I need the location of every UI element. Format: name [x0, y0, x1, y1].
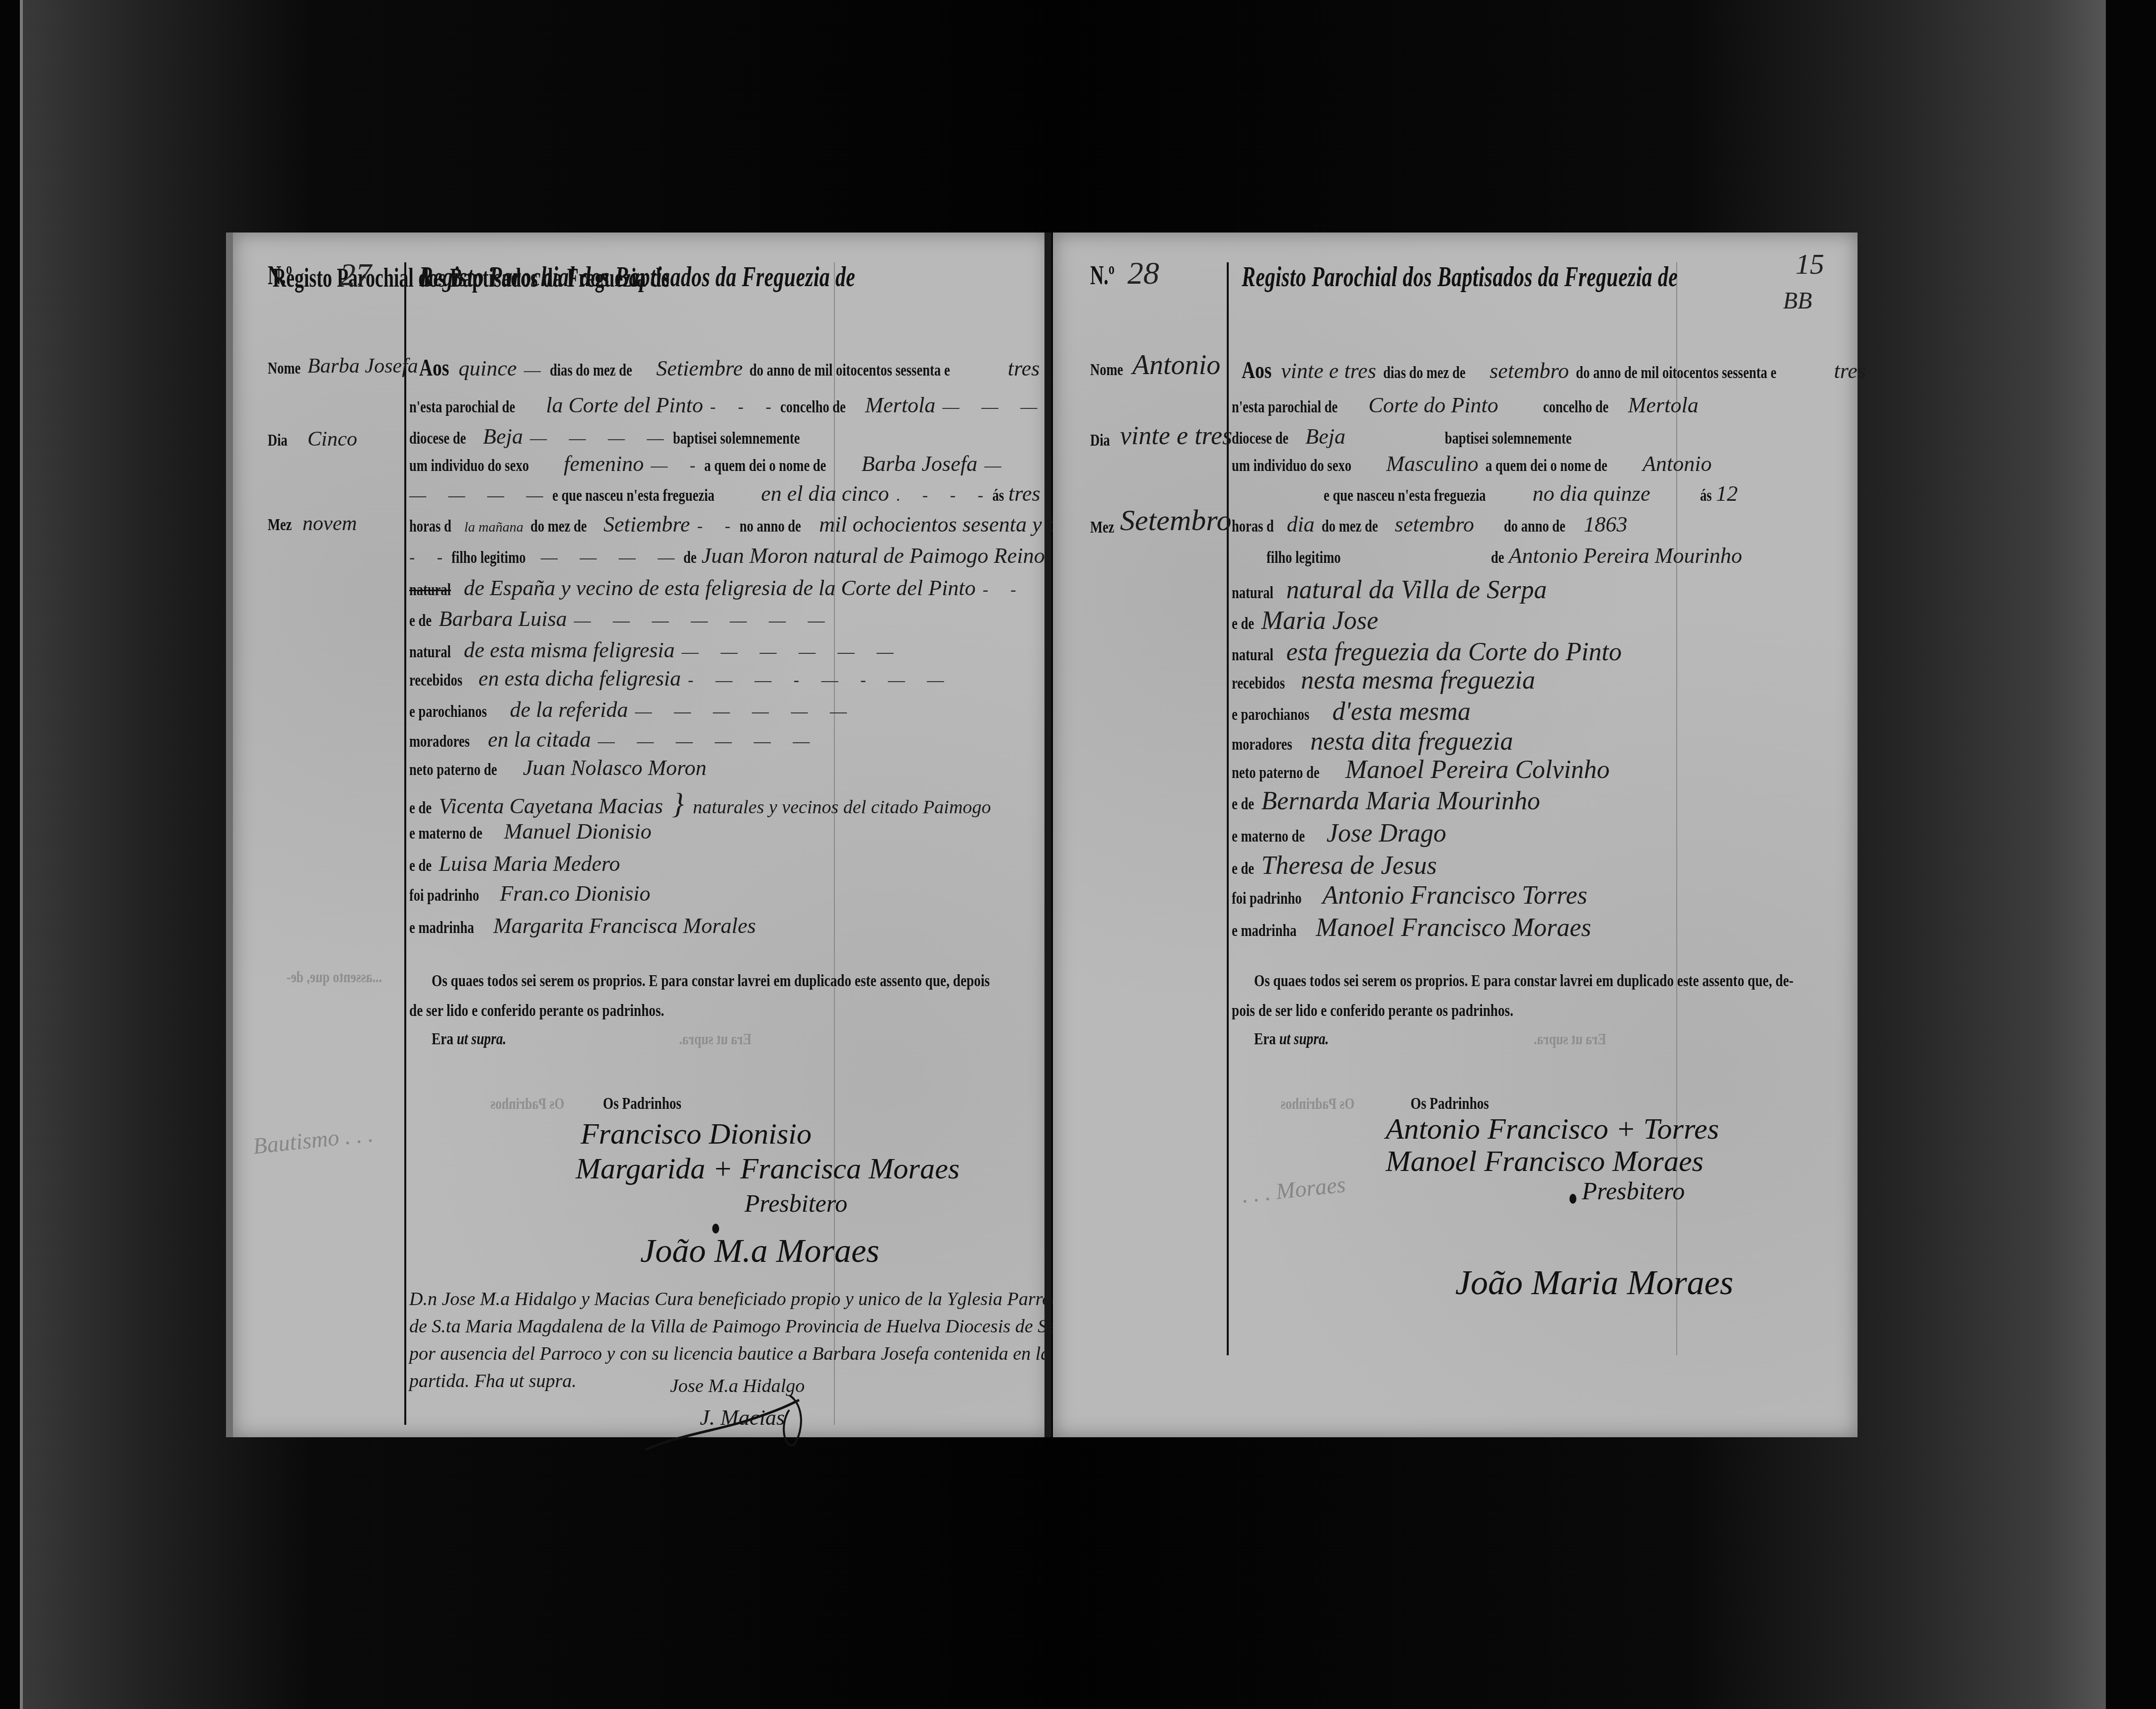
line-recebidos: recebidosnesta mesma freguezia [1232, 666, 1542, 695]
line-mae-natural: naturalesta freguezia da Corte do Pinto [1232, 637, 1629, 667]
line-avo-paterna: e deBernarda Maria Mourinho [1232, 786, 1547, 816]
line-mae: e deBarbara Luisa— — — — — — — [409, 606, 834, 631]
margin-rule [404, 262, 406, 1425]
mirrored-padrinhos: Os Padrinhos [1281, 1094, 1355, 1113]
register-spread: Registo Parochial dos Baptisados da Freg… [226, 229, 1865, 1441]
closing-line-1: Os quaes todos sei serem os proprios. E … [1254, 972, 1793, 991]
annotation-line-4: partida. Fha ut supra. [409, 1370, 577, 1392]
register-title: Registo Parochial dos Baptisados da Freg… [419, 260, 855, 293]
dia-label: Dia [268, 431, 288, 450]
annotation-line-1: D.n Jose M.a Hidalgo y Macias Cura benef… [409, 1288, 1090, 1310]
entry-number: 27 [340, 256, 372, 293]
bleedthrough-signature: Bautismo . . . [252, 1120, 374, 1159]
annotation-line-3: por ausencia del Parroco y con su licenc… [409, 1343, 1116, 1365]
line-parochianos: e parochianosde la referida— — — — — — [409, 697, 856, 722]
signature-madrinha: Manoel Francisco Moraes [1386, 1144, 1704, 1178]
os-padrinhos-heading: Os Padrinhos [603, 1094, 681, 1113]
line-padrinho: foi padrinhoFran.co Dionisio [409, 881, 658, 906]
mez-value: novem [302, 512, 357, 536]
line-avo-materno: e materno deJose Drago [1232, 819, 1453, 848]
presbitero-label: Presbitero [1582, 1176, 1685, 1205]
line-parochianos: e parochianosd'esta mesma [1232, 697, 1478, 726]
folio-mark: BB [1783, 287, 1812, 314]
signature-padrinho: Francisco Dionisio [581, 1117, 812, 1151]
era-ut-supra: Era ut supra. [432, 1030, 506, 1049]
closing-line-2: pois de ser lido e conferido perante os … [1232, 1002, 1513, 1020]
closing-line-1: Os quaes todos sei serem os proprios. E … [432, 972, 990, 991]
presbitero-label: Presbitero [744, 1189, 847, 1218]
line-pai-natural: naturalnatural da Villa de Serpa [1232, 575, 1554, 605]
signature-padrinho: Antonio Francisco + Torres [1386, 1112, 1719, 1146]
register-title: Registo Parochial dos Baptisados da Freg… [1242, 260, 1678, 293]
dia-value: vinte e tres [1120, 421, 1232, 451]
closing-line-2: de ser lido e conferido perante os padri… [409, 1002, 664, 1020]
line-nasceu: e que nasceu n'esta fregueziano dia quin… [1324, 481, 1745, 506]
nome-value: Antonio [1132, 349, 1220, 381]
nome-label: Nome [268, 359, 300, 378]
line-horas: horas ddia do mez desetembro do anno de1… [1232, 512, 1635, 537]
o-marker [1569, 1194, 1576, 1204]
mirrored-padrinhos: Os Padrinhos [491, 1094, 565, 1113]
era-ut-supra: Era ut supra. [1254, 1030, 1329, 1049]
film-edge-right [2102, 0, 2105, 1709]
line-parochial: n'esta parochial dela Corte del Pinto- -… [409, 392, 1046, 418]
signature-madrinha: Margarida + Francisca Moraes [576, 1152, 960, 1186]
bleedthrough-signature: . . . Moraes [1241, 1171, 1347, 1208]
line-sexo: um individuo do sexofemenino— - a quem d… [409, 451, 1010, 476]
entry-number-prefix: N.º [268, 260, 296, 291]
right-page: N.º 28 Registo Parochial dos Baptisados … [1053, 233, 1858, 1437]
entry-number-prefix: N.º [1090, 260, 1115, 291]
line-nasceu: — — — — e que nasceu n'esta fregueziaen … [409, 481, 1047, 506]
line-moradores: moradoresnesta dita freguezia [1232, 727, 1520, 756]
line-parochial: n'esta parochial deCorte do Pinto concel… [1232, 392, 1706, 418]
line-padrinho: foi padrinhoAntonio Francisco Torres [1232, 881, 1594, 910]
line-avo-materna: e deTheresa de Jesus [1232, 851, 1444, 880]
line-filho: - - filho legitimo— — — — deJuan Moron n… [409, 543, 1052, 568]
nome-label: Nome [1090, 361, 1123, 380]
os-padrinhos-heading: Os Padrinhos [1411, 1094, 1489, 1113]
line-madrinha: e madrinhaManoel Francisco Moraes [1232, 913, 1598, 942]
line-horas: horas dla mañana do mez deSetiembre- - n… [409, 512, 1086, 537]
line-aos: Aosquince— dias do mez deSetiembre do an… [419, 354, 1046, 382]
line-avo-materna: e deLuisa Maria Medero [409, 851, 627, 876]
left-page: Registo Parochial dos Baptisados da Freg… [226, 233, 1050, 1437]
rubric-flourish-icon [640, 1395, 819, 1455]
line-madrinha: e madrinhaMargarita Francisca Morales [409, 913, 763, 938]
annotation-line-2: de S.ta Maria Magdalena de la Villa de P… [409, 1316, 1089, 1337]
line-aos: Aosvinte e tres dias do mez desetembro d… [1242, 357, 1873, 384]
mirrored-era: Era ut supra. [1534, 1030, 1606, 1048]
dia-value: Cinco [307, 427, 357, 451]
film-edge-left [20, 0, 23, 1709]
line-moradores: moradoresen la citada— — — — — — [409, 727, 818, 752]
line-diocese: diocese deBeja baptisei solemnemente [1232, 424, 1602, 449]
bleedthrough-text: ...assento que, de- [263, 968, 382, 986]
book-gutter [1044, 233, 1051, 1437]
line-diocese: diocese deBeja— — — — baptisei solemneme… [409, 424, 829, 449]
line-mae-natural: naturalde esta misma feligresia— — — — —… [409, 637, 902, 663]
line-avo-paterno: neto paterno deManoel Pereira Colvinho [1232, 755, 1617, 784]
entry-number: 28 [1127, 255, 1159, 292]
line-pai-natural: naturalde España y vecino de esta feligr… [409, 575, 1025, 601]
line-avo-paterno: neto paterno deJuan Nolasco Moron [409, 755, 714, 780]
line-avo-materno: e materno deManuel Dionisio [409, 819, 659, 844]
mirrored-era: Era ut supra. [679, 1030, 751, 1048]
mez-label: Mez [268, 516, 292, 535]
line-sexo: um individuo do sexoMasculino a quem dei… [1232, 451, 1719, 476]
line-avo-paterna: e deVicenta Cayetana Macias }naturales y… [409, 786, 998, 821]
signature-priest: João M.a Moraes [640, 1231, 880, 1270]
annotation-signature-1: Jose M.a Hidalgo [670, 1375, 805, 1397]
line-recebidos: recebidosen esta dicha feligresia- — — -… [409, 666, 953, 691]
line-filho: filho legitimo deAntonio Pereira Mourinh… [1266, 543, 1749, 568]
mez-value: Setembro [1120, 503, 1231, 538]
folio-number: 15 [1795, 247, 1824, 281]
mez-label: Mez [1090, 518, 1115, 537]
line-mae: e deMaria Jose [1232, 606, 1385, 635]
nome-value: Barba Josefa [307, 354, 418, 378]
signature-priest: João Maria Moraes [1455, 1263, 1733, 1303]
dia-label: Dia [1090, 431, 1110, 450]
